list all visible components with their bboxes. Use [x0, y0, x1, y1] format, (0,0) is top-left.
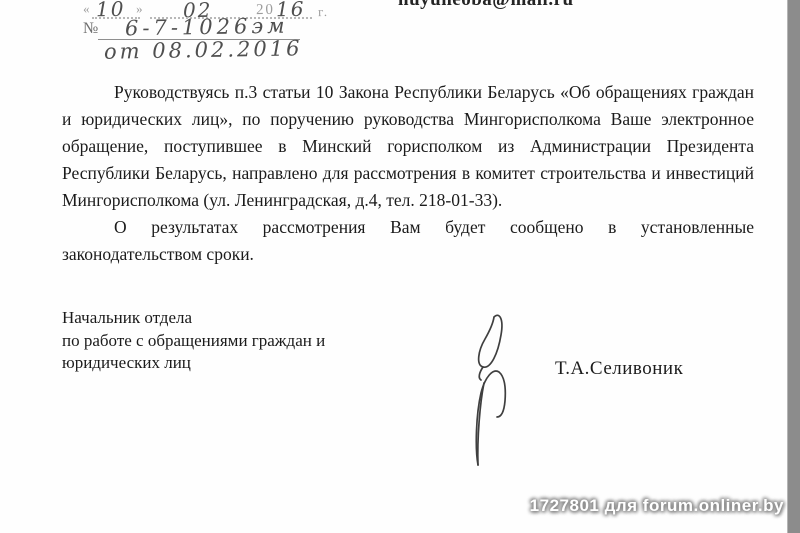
scanned-letter-page: nuyuneoba@mail.ru « 10 » 02 20 16 г. № 6… [0, 0, 800, 533]
signer-position: Начальник отдела по работе с обращениями… [62, 307, 325, 375]
body-paragraph-1: Руководствуясь п.3 статьи 10 Закона Респ… [62, 79, 754, 214]
handwritten-signature [463, 303, 527, 473]
date-suffix: г. [318, 4, 329, 20]
signer-name: Т.А.Селивоник [555, 358, 683, 380]
incoming-date-handwritten: от 08.02.2016 [104, 36, 303, 63]
scrollbar[interactable] [787, 0, 800, 533]
signer-position-line2: по работе с обращениями граждан и [62, 330, 325, 353]
signer-position-line1: Начальник отдела [62, 307, 325, 330]
date-open-quote: « [83, 1, 92, 17]
letter-body: Руководствуясь п.3 статьи 10 Закона Респ… [62, 79, 754, 268]
signature-loop [479, 315, 502, 367]
number-label: № [83, 20, 98, 38]
date-close-quote: » [136, 1, 145, 17]
email-text: nuyuneoba@mail.ru [398, 0, 598, 10]
body-paragraph-2: О результатах рассмотрения Вам будет соо… [62, 214, 754, 268]
forum-watermark: 1727801 для forum.onliner.by [530, 496, 784, 516]
signer-position-line3: юридических лиц [62, 352, 325, 375]
signature-tail [476, 371, 505, 465]
signature-hook [479, 367, 483, 380]
clipped-email-line: nuyuneoba@mail.ru [398, 0, 598, 10]
